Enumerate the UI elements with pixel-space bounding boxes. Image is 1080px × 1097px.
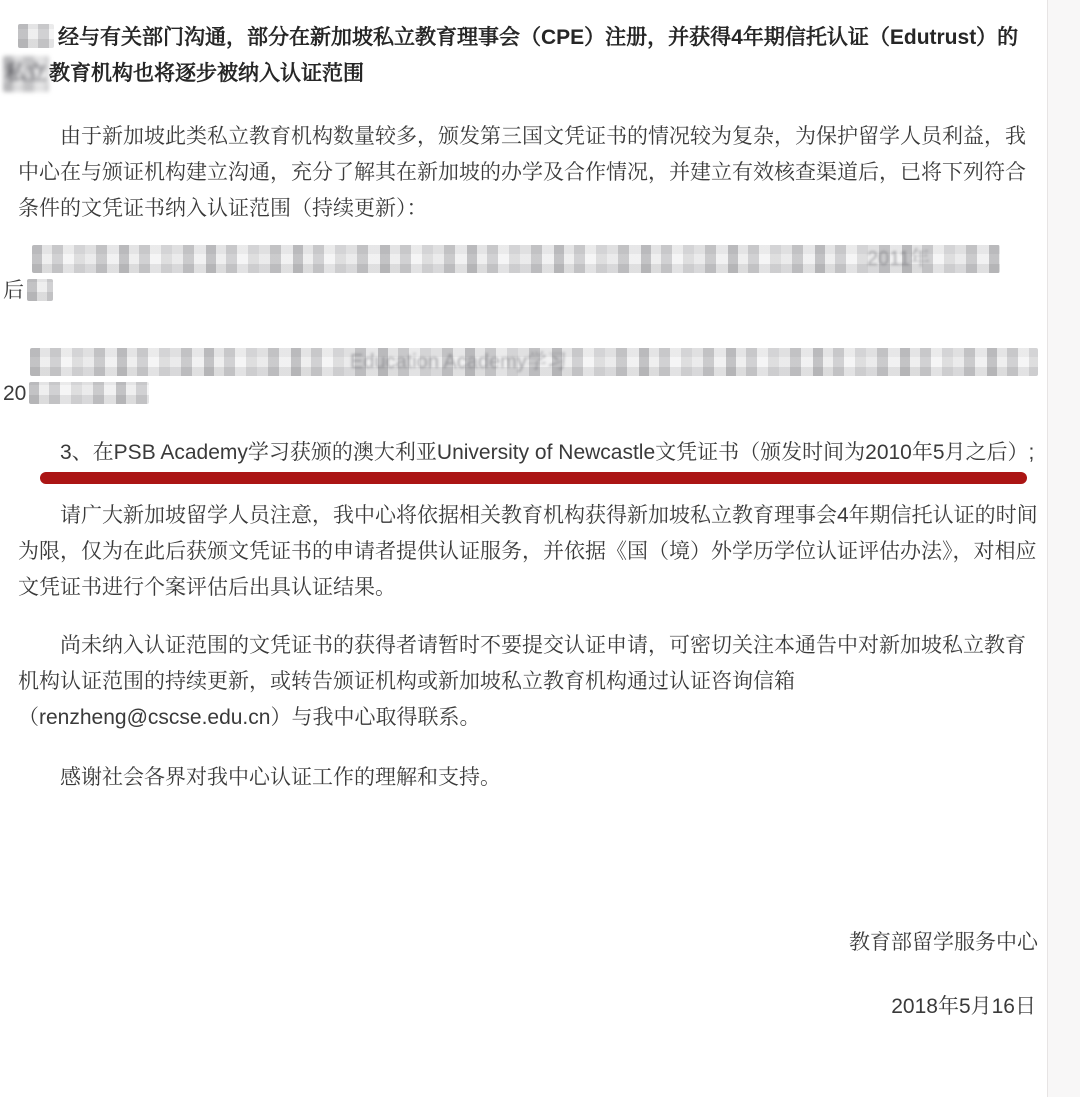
para1-line2: 私立教育机构也将逐步被纳入认证范围	[18, 56, 1046, 92]
para-edutrust-scope: 经与有关部门沟通，部分在新加坡私立教育理事会（CPE）注册，并获得4年期信托认证…	[18, 20, 1046, 92]
para-thanks: 感谢社会各界对我中心认证工作的理解和支持。	[18, 760, 1046, 796]
notice-document: 经与有关部门沟通，部分在新加坡私立教育理事会（CPE）注册，并获得4年期信托认证…	[0, 0, 1048, 1097]
faint-academy-text: Education Academy学习	[350, 349, 567, 375]
redacted-chip-wide	[29, 382, 149, 404]
date: 2018年5月16日	[18, 989, 1046, 1025]
signature: 教育部留学服务中心	[18, 925, 1046, 961]
document-content: 经与有关部门沟通，部分在新加坡私立教育理事会（CPE）注册，并获得4年期信托认证…	[0, 0, 1047, 1025]
redacted-item-2-tail: 20	[3, 376, 1046, 412]
para-policy: 请广大新加坡留学人员注意，我中心将依据相关教育机构获得新加坡私立教育理事会4年期…	[18, 498, 1046, 606]
visible-tail-char: 后	[3, 279, 24, 302]
para1-line1-text: 经与有关部门沟通，部分在新加坡私立教育理事会（CPE）注册，并获得4年期信托认证…	[58, 26, 1018, 49]
para1-line2-text: 教育机构也将逐步被纳入认证范围	[49, 62, 364, 85]
para1-line1: 经与有关部门沟通，部分在新加坡私立教育理事会（CPE）注册，并获得4年期信托认证…	[18, 20, 1046, 56]
redacted-line-2: Education Academy学习	[30, 348, 1038, 376]
para-contact: 尚未纳入认证范围的文凭证书的获得者请暂时不要提交认证申请，可密切关注本通告中对新…	[18, 628, 1046, 736]
redacted-item-1: 2011年 后	[18, 245, 1046, 309]
item-psb-newcastle: 3、在PSB Academy学习获颁的澳大利亚University of New…	[18, 438, 1046, 468]
visible-tail-prefix: 20	[3, 382, 26, 405]
para-overview: 由于新加坡此类私立教育机构数量较多，颁发第三国文凭证书的情况较为复杂，为保护留学…	[18, 119, 1046, 227]
redacted-block	[18, 24, 54, 48]
censored-text: 私立	[3, 56, 49, 92]
highlight-underline	[40, 472, 1027, 484]
faint-tail-text: 2011年	[867, 246, 930, 272]
redacted-item-2: Education Academy学习 20	[18, 348, 1046, 412]
redacted-item-1-tail: 后	[3, 273, 1046, 309]
redacted-line-1: 2011年	[32, 245, 1000, 273]
redacted-chip	[27, 279, 53, 301]
